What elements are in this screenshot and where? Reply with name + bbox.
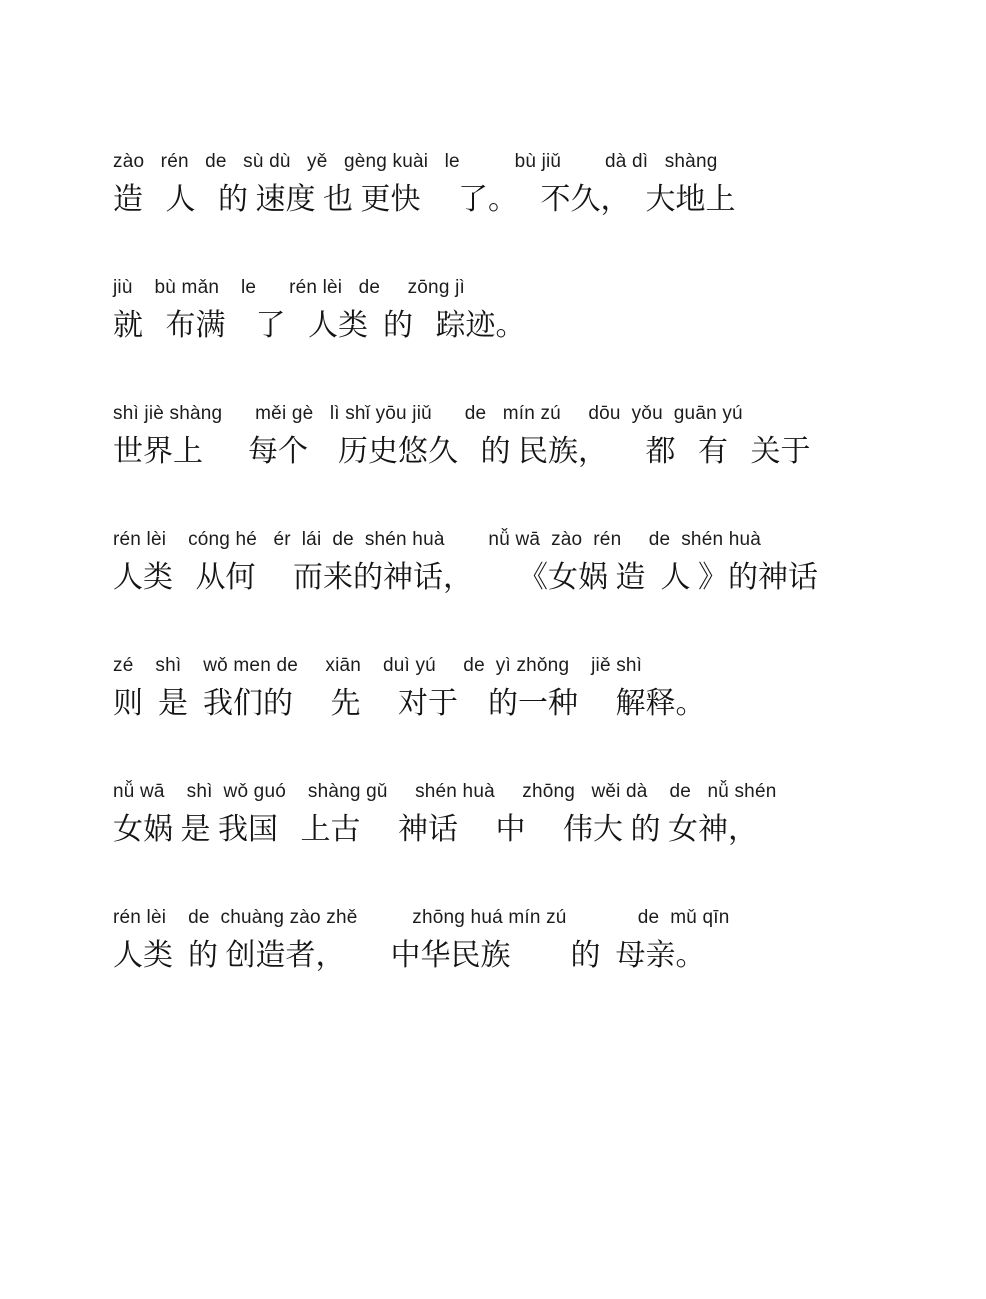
- hanzi-line-5: 则 是 我们的 先 对于 的一种 解释。: [113, 684, 818, 724]
- text-line-7: rén lèi de chuàng zào zhě zhōng huá mín …: [113, 906, 818, 976]
- pinyin-line-1: zào rén de sù dù yě gèng kuài le bù jiǔ …: [113, 150, 818, 174]
- pinyin-line-4: rén lèi cóng hé ér lái de shén huà nǚ wā…: [113, 528, 818, 552]
- text-line-1: zào rén de sù dù yě gèng kuài le bù jiǔ …: [113, 150, 818, 220]
- hanzi-line-2: 就 布满 了 人类 的 踪迹。: [113, 306, 818, 346]
- hanzi-line-7: 人类 的 创造者， 中华民族 的 母亲。: [113, 936, 818, 976]
- text-line-3: shì jiè shàng měi gè lì shǐ yōu jiǔ de m…: [113, 402, 818, 472]
- text-line-6: nǚ wā shì wǒ guó shàng gǔ shén huà zhōng…: [113, 780, 818, 850]
- hanzi-line-1: 造 人 的 速度 也 更快 了。 不久， 大地上: [113, 180, 818, 220]
- hanzi-line-3: 世界上 每个 历史悠久 的 民族， 都 有 关于: [113, 432, 818, 472]
- pinyin-line-2: jiù bù mǎn le rén lèi de zōng jì: [113, 276, 818, 300]
- pinyin-line-3: shì jiè shàng měi gè lì shǐ yōu jiǔ de m…: [113, 402, 818, 426]
- hanzi-line-4: 人类 从何 而来的神话， 《女娲 造 人 》的神话: [113, 558, 818, 598]
- pinyin-line-6: nǚ wā shì wǒ guó shàng gǔ shén huà zhōng…: [113, 780, 818, 804]
- text-content: zào rén de sù dù yě gèng kuài le bù jiǔ …: [113, 150, 818, 1032]
- pinyin-line-5: zé shì wǒ men de xiān duì yú de yì zhǒng…: [113, 654, 818, 678]
- pinyin-line-7: rén lèi de chuàng zào zhě zhōng huá mín …: [113, 906, 818, 930]
- text-line-4: rén lèi cóng hé ér lái de shén huà nǚ wā…: [113, 528, 818, 598]
- hanzi-line-6: 女娲 是 我国 上古 神话 中 伟大 的 女神，: [113, 810, 818, 850]
- text-line-5: zé shì wǒ men de xiān duì yú de yì zhǒng…: [113, 654, 818, 724]
- document-page: zào rén de sù dù yě gèng kuài le bù jiǔ …: [0, 0, 986, 1299]
- text-line-2: jiù bù mǎn le rén lèi de zōng jì 就 布满 了 …: [113, 276, 818, 346]
